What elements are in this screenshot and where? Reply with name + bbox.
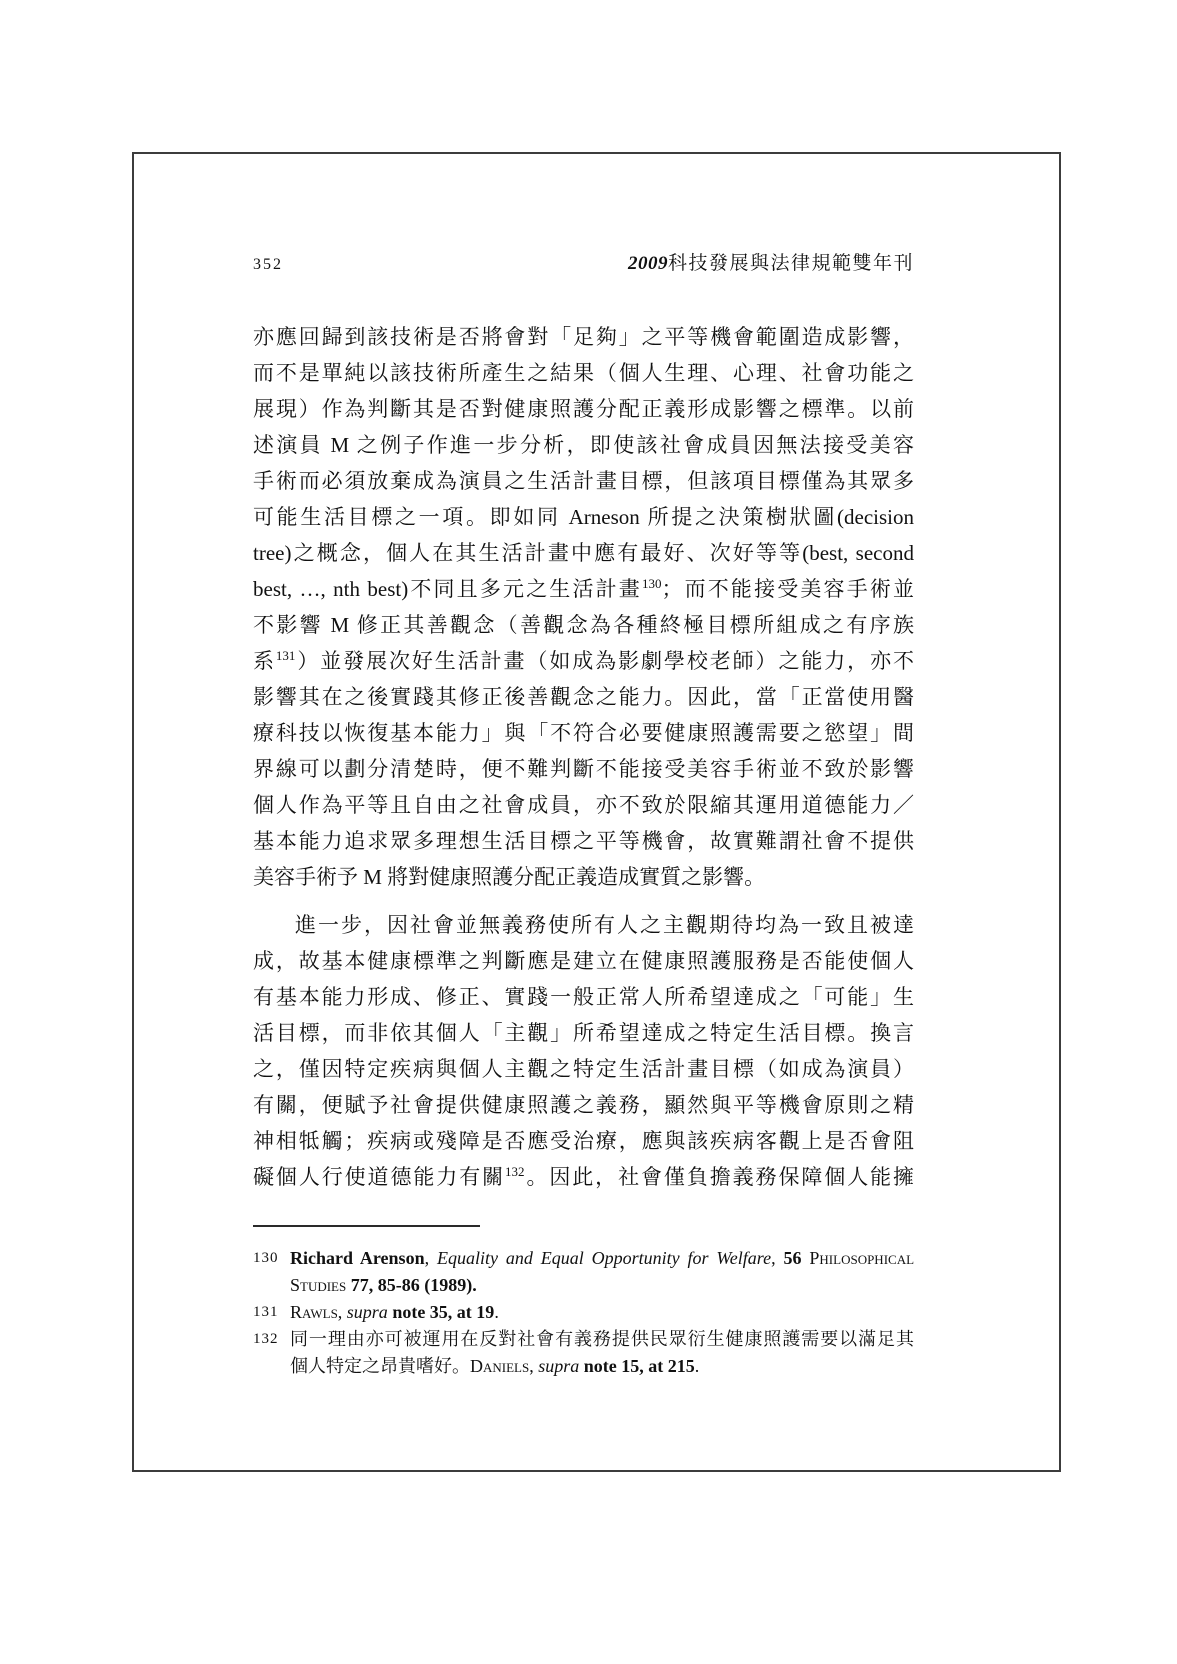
text-segment: Philosophical [809, 1248, 914, 1268]
text-segment: 有關，便賦予社會提供健康照護之義務，顯然與平等機會原則之精 [253, 1093, 914, 1117]
body-text: 亦應回歸到該技術是否將會對「足夠」之平等機會範圍造成影響，而不是單純以該技術所產… [253, 319, 914, 1195]
text-segment: 而不是單純以該技術所產生之結果（個人生理、心理、社會功能之 [253, 361, 914, 385]
footnote-text: Richard Arenson, Equality and Equal Oppo… [290, 1245, 914, 1299]
text-segment: 不影響 M 修正其善觀念（善觀念為各種終極目標所組成之有序族 [253, 613, 914, 637]
footnote-number: 131 [253, 1299, 290, 1326]
text-segment: . [695, 1356, 700, 1376]
text-segment: 進一步，因社會並無義務使所有人之主觀期待均為一致且被達 [295, 913, 914, 937]
text-segment: 展現）作為判斷其是否對健康照護分配正義形成影響之標準。以前 [253, 397, 914, 421]
text-segment: 神相牴觸；疾病或殘障是否應受治療，應與該疾病客觀上是否會阻 [253, 1129, 914, 1153]
body-line: 亦應回歸到該技術是否將會對「足夠」之平等機會範圍造成影響， [253, 319, 914, 355]
body-line: 個人作為平等且自由之社會成員，亦不致於限縮其運用道德能力／ [253, 787, 914, 823]
text-segment: 美容手術予 M 將對健康照護分配正義造成實質之影響。 [253, 865, 765, 889]
footnote-item: 130Richard Arenson, Equality and Equal O… [253, 1245, 914, 1299]
body-line: 基本能力追求眾多理想生活目標之平等機會，故實難謂社會不提供 [253, 823, 914, 859]
text-segment: 療科技以恢復基本能力」與「不符合必要健康照護需要之慾望」間 [253, 721, 914, 745]
body-line: 美容手術予 M 將對健康照護分配正義造成實質之影響。 [253, 859, 914, 895]
journal-title-text: 科技發展與法律規範雙年刊 [668, 253, 914, 274]
text-segment: 基本能力追求眾多理想生活目標之平等機會，故實難謂社會不提供 [253, 829, 914, 853]
text-segment: tree)之概念，個人在其生活計畫中應有最好、次好等等(best, second [253, 541, 914, 565]
body-line: 而不是單純以該技術所產生之結果（個人生理、心理、社會功能之 [253, 355, 914, 391]
text-segment: , [338, 1302, 347, 1322]
body-line: 不影響 M 修正其善觀念（善觀念為各種終極目標所組成之有序族 [253, 607, 914, 643]
text-segment: , [771, 1248, 783, 1268]
text-segment: best, …, nth best)不同且多元之生活計畫 [253, 577, 642, 601]
body-line: 展現）作為判斷其是否對健康照護分配正義形成影響之標準。以前 [253, 391, 914, 427]
footnote-text: 同一理由亦可被運用在反對社會有義務提供民眾衍生健康照護需要以滿足其個人特定之昂貴… [290, 1326, 914, 1380]
text-segment: 成，故基本健康標準之判斷應是建立在健康照護服務是否能使個人 [253, 949, 914, 973]
footnote-line: Richard Arenson, Equality and Equal Oppo… [290, 1245, 914, 1272]
text-segment: 。因此，社會僅負擔義務保障個人能擁 [525, 1165, 914, 1189]
text-segment: 礙個人行使道德能力有關 [253, 1165, 505, 1189]
footnote-number: 132 [253, 1326, 290, 1380]
text-segment: Equality and Equal Opportunity for Welfa… [437, 1248, 771, 1268]
text-segment: 有基本能力形成、修正、實踐一般正常人所希望達成之「可能」生 [253, 985, 914, 1009]
text-segment: 77, 85-86 (1989). [346, 1275, 476, 1295]
text-segment: 系 [253, 649, 276, 673]
body-line: 進一步，因社會並無義務使所有人之主觀期待均為一致且被達 [253, 907, 914, 943]
text-segment: supra [347, 1302, 388, 1322]
body-line: tree)之概念，個人在其生活計畫中應有最好、次好等等(best, second [253, 535, 914, 571]
journal-year: 2009 [628, 253, 668, 274]
text-segment: 個人作為平等且自由之社會成員，亦不致於限縮其運用道德能力／ [253, 793, 914, 817]
text-segment: note 35, at 19 [392, 1302, 494, 1322]
footnote-line: 同一理由亦可被運用在反對社會有義務提供民眾衍生健康照護需要以滿足其 [290, 1326, 914, 1353]
journal-title: 2009科技發展與法律規範雙年刊 [628, 248, 914, 275]
body-line: 系131）並發展次好生活計畫（如成為影劇學校老師）之能力，亦不 [253, 643, 914, 679]
text-segment: Studies [290, 1275, 346, 1295]
page-frame: 352 2009科技發展與法律規範雙年刊 亦應回歸到該技術是否將會對「足夠」之平… [132, 152, 1061, 1472]
body-line: 成，故基本健康標準之判斷應是建立在健康照護服務是否能使個人 [253, 943, 914, 979]
text-segment: 述演員 M 之例子作進一步分析，即使該社會成員因無法接受美容 [253, 433, 914, 457]
body-line: 之，僅因特定疾病與個人主觀之特定生活計畫目標（如成為演員） [253, 1051, 914, 1087]
body-line: 礙個人行使道德能力有關132。因此，社會僅負擔義務保障個人能擁 [253, 1159, 914, 1195]
page-header: 352 2009科技發展與法律規範雙年刊 [253, 248, 914, 275]
footnote-line: 個人特定之昂貴嗜好。Daniels, supra note 15, at 215… [290, 1353, 914, 1380]
text-segment: , [529, 1356, 538, 1376]
body-line: 有關，便賦予社會提供健康照護之義務，顯然與平等機會原則之精 [253, 1087, 914, 1123]
text-segment: . [494, 1302, 499, 1322]
paragraph: 進一步，因社會並無義務使所有人之主觀期待均為一致且被達成，故基本健康標準之判斷應… [253, 907, 914, 1195]
text-segment: 個人特定之昂貴嗜好。 [290, 1356, 470, 1376]
text-segment: 之，僅因特定疾病與個人主觀之特定生活計畫目標（如成為演員） [253, 1057, 914, 1081]
footnote-line: Rawls, supra note 35, at 19. [290, 1299, 914, 1326]
text-segment: Daniels [470, 1356, 529, 1376]
footnote-item: 131Rawls, supra note 35, at 19. [253, 1299, 914, 1326]
text-segment: 活目標，而非依其個人「主觀」所希望達成之特定生活目標。換言 [253, 1021, 914, 1045]
page-number: 352 [253, 256, 283, 274]
footnote-text: Rawls, supra note 35, at 19. [290, 1299, 914, 1326]
body-line: 手術而必須放棄成為演員之生活計畫目標，但該項目標僅為其眾多 [253, 463, 914, 499]
text-segment: 56 [784, 1248, 810, 1268]
text-segment: Rawls [290, 1302, 338, 1322]
text-segment: 可能生活目標之一項。即如同 Arneson 所提之決策樹狀圖(decision [253, 505, 914, 529]
text-segment: 影響其在之後實踐其修正後善觀念之能力。因此，當「正當使用醫 [253, 685, 914, 709]
body-line: 影響其在之後實踐其修正後善觀念之能力。因此，當「正當使用醫 [253, 679, 914, 715]
footnote-separator [253, 1225, 480, 1227]
body-line: 有基本能力形成、修正、實踐一般正常人所希望達成之「可能」生 [253, 979, 914, 1015]
body-line: 療科技以恢復基本能力」與「不符合必要健康照護需要之慾望」間 [253, 715, 914, 751]
paragraph: 亦應回歸到該技術是否將會對「足夠」之平等機會範圍造成影響，而不是單純以該技術所產… [253, 319, 914, 895]
footnote-ref: 132 [505, 1164, 525, 1179]
body-line: 可能生活目標之一項。即如同 Arneson 所提之決策樹狀圖(decision [253, 499, 914, 535]
body-line: 活目標，而非依其個人「主觀」所希望達成之特定生活目標。換言 [253, 1015, 914, 1051]
footnotes: 130Richard Arenson, Equality and Equal O… [253, 1245, 914, 1380]
footnote-ref: 131 [276, 648, 296, 663]
body-line: 神相牴觸；疾病或殘障是否應受治療，應與該疾病客觀上是否會阻 [253, 1123, 914, 1159]
body-line: 界線可以劃分清楚時，便不難判斷不能接受美容手術並不致於影響 [253, 751, 914, 787]
footnote-item: 132同一理由亦可被運用在反對社會有義務提供民眾衍生健康照護需要以滿足其個人特定… [253, 1326, 914, 1380]
text-segment: ）並發展次好生活計畫（如成為影劇學校老師）之能力，亦不 [295, 649, 914, 673]
text-segment: Richard Arenson [290, 1248, 425, 1268]
text-segment: , [425, 1248, 437, 1268]
text-segment: 亦應回歸到該技術是否將會對「足夠」之平等機會範圍造成影響， [253, 325, 914, 349]
text-segment: note 15, at 215 [584, 1356, 695, 1376]
footnote-ref: 130 [642, 576, 662, 591]
footnote-number: 130 [253, 1245, 290, 1299]
body-line: 述演員 M 之例子作進一步分析，即使該社會成員因無法接受美容 [253, 427, 914, 463]
page-content: 352 2009科技發展與法律規範雙年刊 亦應回歸到該技術是否將會對「足夠」之平… [253, 248, 914, 1380]
text-segment: supra [538, 1356, 579, 1376]
text-segment: 同一理由亦可被運用在反對社會有義務提供民眾衍生健康照護需要以滿足其 [290, 1329, 914, 1349]
text-segment: ；而不能接受美容手術並 [661, 577, 914, 601]
text-segment: 界線可以劃分清楚時，便不難判斷不能接受美容手術並不致於影響 [253, 757, 914, 781]
footnote-line: Studies 77, 85-86 (1989). [290, 1272, 914, 1299]
body-line: best, …, nth best)不同且多元之生活計畫130；而不能接受美容手… [253, 571, 914, 607]
text-segment: 手術而必須放棄成為演員之生活計畫目標，但該項目標僅為其眾多 [253, 469, 914, 493]
